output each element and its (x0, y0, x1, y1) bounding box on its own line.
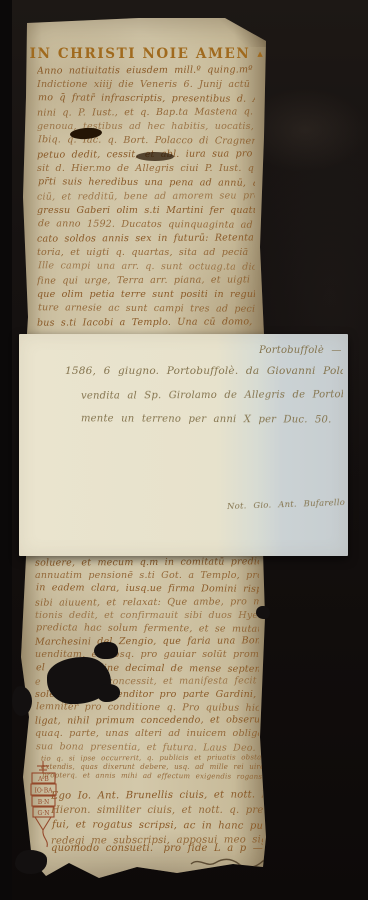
signum-row-2: IO·BA (35, 788, 54, 795)
manuscript-line: Ego Io. Ant. Brunellis ciuis, et nott. P… (51, 788, 263, 804)
manuscript-line: annuatim pensionē s.ti Got. a Templo, pr… (35, 569, 259, 582)
paper-hole-small (94, 642, 118, 659)
frame-edge-shadow (0, 0, 12, 900)
manuscript-line: mo q̄ fratr̄ infrascriptis, presentibus … (38, 91, 255, 107)
manuscript-line: quaq. parte, unas alteri ad inuicem obli… (35, 727, 259, 740)
ornament-triangle-left: ▲ (17, 50, 22, 58)
manuscript-line: tionis dedit, et confirmauit sibi duos H… (35, 609, 259, 622)
slip-regest-line-1: 1586, 6 giugno. Portobuffolè. da Giovann… (65, 365, 343, 377)
archival-slip: Portobuffolè — 1586, 6 giugno. Portobuff… (19, 334, 348, 556)
manuscript-upper-text: Anno natiuitatis eiusdem mill.º quing.mº… (37, 64, 255, 330)
closing-right-text: pro fide L a p — (163, 843, 263, 854)
bottom-edge-loss (15, 850, 47, 874)
closing-row: quomodo consueti. pro fide L a p — (51, 843, 263, 854)
manuscript-line: Indictione xiiij die Veneris 6. Junij ac… (37, 78, 255, 92)
manuscript-line: pr̄ti suis heredibus una pena ad annū, q… (38, 175, 255, 191)
notary-attestation-text: Ego Io. Ant. Brunellis ciuis, et nott. P… (51, 788, 263, 848)
manuscript-line: ciū, et redditū, bene ad amorem seu prop… (37, 189, 255, 204)
slip-corner-label: Portobuffolè — (259, 345, 342, 356)
manuscript-line: toria, et uigti q. quartas, sita ad peci… (37, 246, 255, 260)
manuscript-line: fui, et rogatus scripsi, ac in hanc publ… (52, 817, 263, 833)
slip-regest-line-3: mente un terreno per anni X per Duc. 50. (81, 413, 343, 425)
manuscript-line: Marchesini del Zengio, que faria una Bon… (35, 634, 259, 649)
heading-text: IN CHRISTI NOIE AMEN (30, 46, 251, 62)
photo-background: ▲ IN CHRISTI NOIE AMEN ▲ Anno natiuitati… (0, 0, 368, 900)
closing-left-text: quomodo consueti. (51, 843, 153, 854)
manuscript-line: bus s.ti Iacobi a Templo. Una cū domo, e… (37, 315, 255, 330)
manuscript-line: gressu Gaberi olim s.ti Martini fer quat… (37, 204, 255, 218)
manuscript-line: Ille campi una arr. q. sunt octuag.ta di… (38, 259, 255, 275)
slip-notary-signature: Not. Gio. Ant. Bufarello (227, 498, 345, 512)
notarial-signum: A·B IO·BA B·N G·N (27, 760, 65, 850)
manuscript-line: nini q. P. Iust., et q. Bap.ta Mastena q… (37, 105, 255, 120)
manuscript-line: cato soldos annis sex in futurū: Retenta… (37, 231, 255, 246)
slip-regest-line-2: vendita al Sp. Girolamo de Allegris de P… (81, 389, 343, 401)
right-edge-tear (256, 606, 270, 619)
manuscript-line: que olim petia terre sunt positi in regu… (37, 288, 255, 302)
ink-smear (136, 152, 174, 161)
manuscript-line: sibi aiuuent, et relaxat: Que ambe, pro … (35, 595, 259, 610)
manuscript-line: Hieron. similiter ciuis, et nott. q. pre… (51, 803, 263, 818)
manuscript-line: sit d. Hier.mo de Allegris ciui P. Iust.… (37, 162, 255, 176)
manuscript-line: de anno 1592. Ducatos quinquaginta ad ho… (38, 217, 255, 233)
manuscript-line: propterq. et annis mihi ad effectum exig… (42, 771, 263, 781)
manuscript-line: in eadem clara, iusq.ue firma Domini ris… (36, 582, 259, 597)
signum-row-4: G·N (38, 810, 50, 817)
manuscript-lower-text: soluere, et mecum q.m in comitatū predic… (35, 556, 259, 754)
signum-row-1: A·B (37, 776, 49, 783)
document-heading: ▲ IN CHRISTI NOIE AMEN ▲ (37, 46, 243, 62)
manuscript-line: ture arnesie ac sunt campi tres ad peciā… (38, 301, 255, 317)
manuscript-line: soluere, et mecum q.m in comitatū predic… (35, 556, 259, 570)
signum-row-3: B·N (38, 799, 50, 806)
manuscript-line: sua bona presentia, et futura. Laus Deo.… (36, 740, 259, 754)
notarial-subscription-small-text: tio q. si ipse occurrerit, q. publicis e… (41, 754, 263, 781)
torn-corner-fold (217, 17, 269, 47)
manuscript-line: Anno natiuitatis eiusdem mill.º quing.mº… (37, 64, 255, 79)
ornament-triangle-right: ▲ (257, 50, 262, 58)
manuscript-line: fine qui urge, Terra arr. piana, et uigt… (37, 273, 255, 288)
manuscript-line: ligat, nihil primum concedendo, et obser… (35, 714, 259, 729)
signature-flourish (189, 855, 293, 871)
